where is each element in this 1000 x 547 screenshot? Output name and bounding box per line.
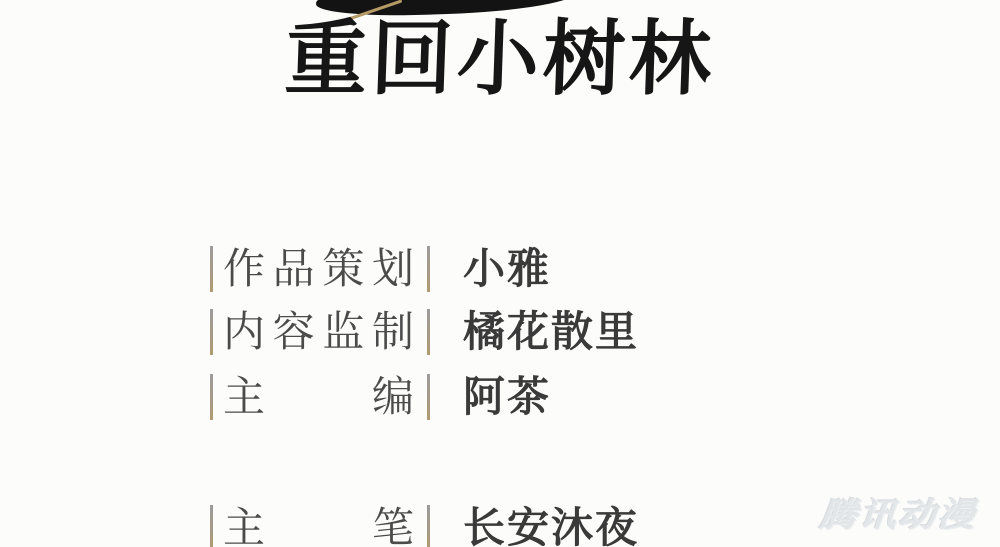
credit-name: 长安沐夜 <box>463 504 639 547</box>
credit-role: 作品策划 <box>223 245 414 293</box>
divider-bar-icon <box>427 505 430 547</box>
divider-bar-icon <box>210 246 213 292</box>
divider-bar-icon <box>210 505 213 547</box>
divider-bar-icon <box>427 374 430 420</box>
divider-bar-icon <box>427 246 430 292</box>
credit-row-artist: 主笔 长安沐夜 <box>210 504 639 547</box>
divider-bar-icon <box>427 309 430 355</box>
credit-name: 阿茶 <box>463 373 551 421</box>
credit-name: 小雅 <box>463 245 551 293</box>
credit-role: 内容监制 <box>223 308 414 356</box>
divider-bar-icon <box>210 374 213 420</box>
platform-watermark: 腾讯动漫 <box>818 489 978 536</box>
credit-role: 主编 <box>223 373 414 421</box>
divider-bar-icon <box>210 309 213 355</box>
credit-row-planning: 作品策划 小雅 <box>210 245 551 293</box>
credit-row-supervision: 内容监制 橘花散里 <box>210 308 639 356</box>
page-title: 重回小树林 <box>0 12 1000 106</box>
credit-role: 主笔 <box>223 504 414 547</box>
credit-row-editor: 主编 阿茶 <box>210 373 551 421</box>
credit-name: 橘花散里 <box>463 308 639 356</box>
comic-credits-page: 重回小树林 作品策划 小雅 内容监制 橘花散里 主编 阿茶 主笔 长安沐夜 腾讯… <box>0 0 1000 547</box>
